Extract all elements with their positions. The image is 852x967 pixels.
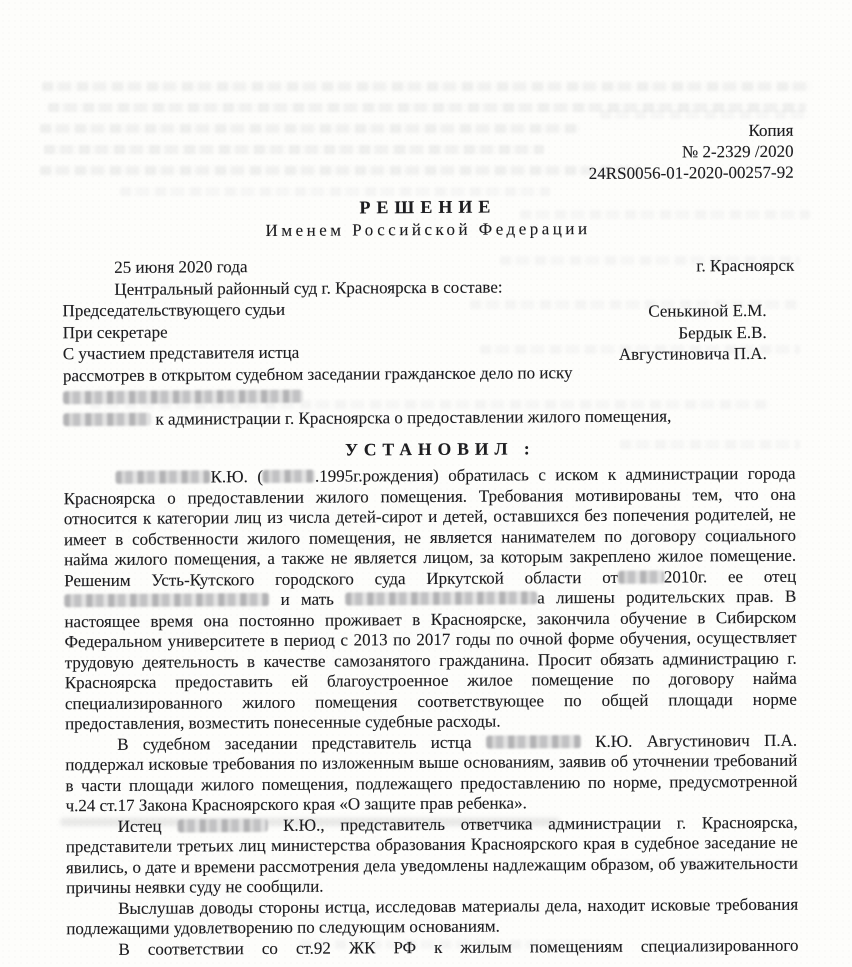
document-subtitle: Именем Российской Федерации — [62, 217, 794, 242]
redaction-mark — [63, 389, 303, 403]
redaction-mark — [618, 570, 664, 583]
representative-name: Августиновича П.А. — [619, 343, 767, 365]
judge-row: Председательствующего судьи Сенькиной Е.… — [62, 296, 794, 322]
redaction-mark — [345, 591, 537, 605]
copy-header: Копия № 2-2329 /2020 24RS0056-01-2020-00… — [61, 120, 793, 187]
judge-name: Сенькиной Е.М. — [648, 300, 766, 322]
case-intro: рассмотрев в открытом судебном заседании… — [63, 360, 795, 430]
paragraph: К.Ю. (.1995г.рождения) обратилась с иско… — [63, 464, 797, 735]
redaction-mark — [64, 593, 269, 607]
document-tilt-wrapper: Копия № 2-2329 /2020 24RS0056-01-2020-00… — [0, 0, 852, 967]
decision-date: 25 июня 2020 года — [114, 256, 247, 278]
case-uid: 24RS0056-01-2020-00257-92 — [62, 162, 794, 187]
document-title: РЕШЕНИЕ — [62, 195, 794, 220]
document-content: Копия № 2-2329 /2020 24RS0056-01-2020-00… — [0, 0, 852, 961]
judge-label: Председательствующего судьи — [62, 299, 285, 322]
section-heading: УСТАНОВИЛ : — [85, 436, 795, 461]
case-intro-line: к администрации г. Красноярска о предост… — [63, 404, 795, 430]
paragraph: Истец К.Ю., представитель ответчика адми… — [66, 812, 798, 898]
decision-city: г. Красноярск — [696, 255, 794, 277]
secretary-row: При секретаре Бердык Е.В. — [63, 317, 795, 343]
paragraph: Выслушав доводы стороны истца, исследова… — [66, 894, 798, 939]
intro-section: 25 июня 2020 года г. Красноярск Централь… — [62, 253, 795, 431]
redaction-mark — [486, 735, 581, 749]
document-body: К.Ю. (.1995г.рождения) обратилась с иско… — [63, 464, 798, 960]
paragraph: В соответствии со ст.92 ЖК РФ к жилым по… — [66, 935, 798, 960]
redaction-mark — [263, 470, 315, 483]
representative-label: С участием представителя истца — [63, 342, 300, 365]
secretary-name: Бердык Е.В. — [678, 321, 767, 343]
case-intro-line: рассмотрев в открытом судебном заседании… — [63, 360, 795, 408]
secretary-label: При секретаре — [63, 321, 168, 343]
redaction-mark — [177, 818, 267, 832]
scanned-document-page: Копия № 2-2329 /2020 24RS0056-01-2020-00… — [0, 0, 852, 967]
redaction-mark — [63, 412, 151, 426]
paragraph: В судебном заседании представитель истца… — [65, 730, 797, 816]
redaction-mark — [116, 470, 211, 484]
representative-row: С участием представителя истца Августино… — [63, 339, 795, 365]
